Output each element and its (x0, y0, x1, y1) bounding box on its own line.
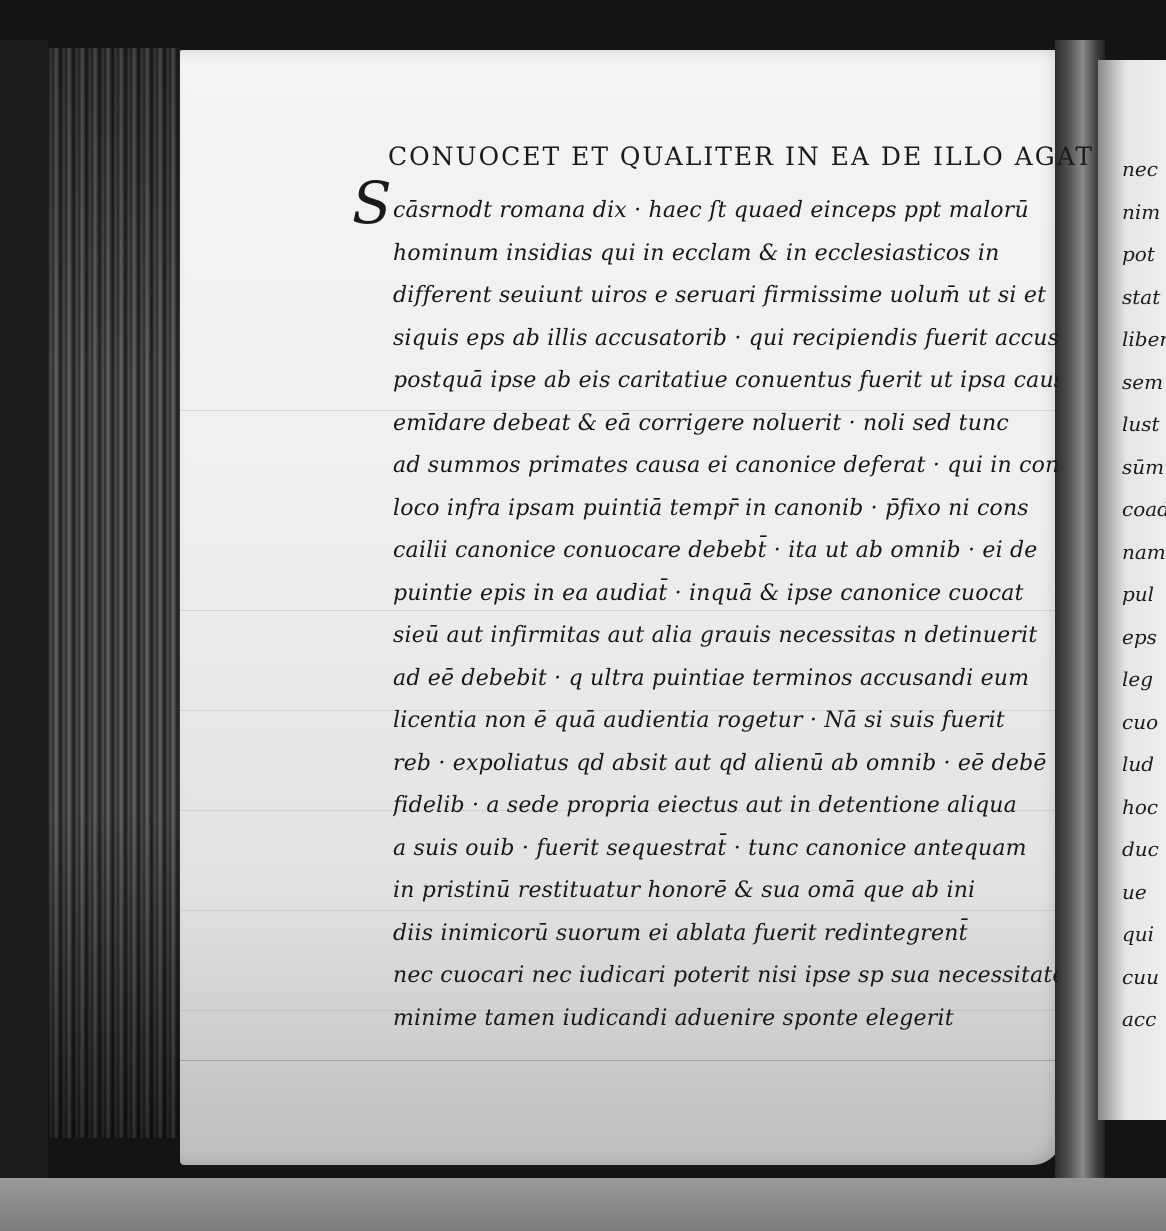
text-fragment: nam (1122, 531, 1166, 574)
text-fragment: eps (1122, 616, 1166, 659)
text-line: emīdare debeat & eā corrigere noluerit ·… (393, 403, 1058, 446)
text-fragment: coad (1122, 488, 1166, 531)
text-line: cāsrnodt romana dix · haec ſt quaed einc… (393, 190, 1058, 233)
rubric-heading: CONUOCET ET QUALITER IN EA DE ILLO AGAT (388, 142, 1028, 171)
text-fragment: cuu (1122, 956, 1166, 999)
scan-bottom-bar (0, 1178, 1166, 1231)
text-line: hominum insidias qui in ecclam & in eccl… (393, 233, 1058, 276)
manuscript-text-block: cāsrnodt romana dix · haec ſt quaed einc… (393, 190, 1058, 1040)
text-line: licentia non ē quā audientia rogetur · N… (393, 700, 1058, 743)
text-line: a suis ouib · fuerit sequestrat̄ · tunc … (393, 828, 1058, 871)
text-fragment: pul (1122, 573, 1166, 616)
text-line: nec cuocari nec iudicari poterit nisi ip… (393, 955, 1058, 998)
text-line: reb · expoliatus qd absit aut qd alienū … (393, 743, 1058, 786)
text-fragment: acc (1122, 998, 1166, 1041)
text-fragment: sem (1122, 361, 1166, 404)
text-fragment: duc (1122, 828, 1166, 871)
text-fragment: qui (1122, 913, 1166, 956)
text-line: loco infra ipsam puintiā tempr̄ in canon… (393, 488, 1058, 531)
text-fragment: cuo (1122, 701, 1166, 744)
text-fragment: hoc (1122, 786, 1166, 829)
text-fragment: pot (1122, 233, 1166, 276)
text-fragment: lust (1122, 403, 1166, 446)
text-fragment: sūm (1122, 446, 1166, 489)
text-line: different seuiunt uiros e seruari firmis… (393, 275, 1058, 318)
decorated-initial: S (352, 174, 392, 232)
text-line: cailii canonice conuocare debebt̄ · ita … (393, 530, 1058, 573)
text-fragment: nec (1122, 148, 1166, 191)
text-line: puintie epis in ea audiat̄ · inquā & ips… (393, 573, 1058, 616)
manuscript-photograph: CONUOCET ET QUALITER IN EA DE ILLO AGAT … (0, 0, 1166, 1178)
book-cover-edge (0, 40, 48, 1178)
text-fragment: stat (1122, 276, 1166, 319)
text-line: diis inimicorū suorum ei ablata fuerit r… (393, 913, 1058, 956)
text-fragment: ue (1122, 871, 1166, 914)
text-line: siquis eps ab illis accusatorib · qui re… (393, 318, 1058, 361)
text-fragment: lud (1122, 743, 1166, 786)
text-line: fidelib · a sede propria eiectus aut in … (393, 785, 1058, 828)
text-line: in pristinū restituatur honorē & sua omā… (393, 870, 1058, 913)
text-line: ad summos primates causa ei canonice def… (393, 445, 1058, 488)
text-fragment: leg (1122, 658, 1166, 701)
text-fragment: nim (1122, 191, 1166, 234)
page-block-fore-edge (48, 48, 180, 1138)
text-line: postquā ipse ab eis caritatiue conuentus… (393, 360, 1058, 403)
right-page-text-fragments: nec nim pot stat liber sem lust sūm coad… (1122, 148, 1166, 1041)
text-fragment: liber (1122, 318, 1166, 361)
text-line: ad eē debebit · q ultra puintiae termino… (393, 658, 1058, 701)
text-line: minime tamen iudicandi aduenire sponte e… (393, 998, 1058, 1041)
text-line: sieū aut infirmitas aut alia grauis nece… (393, 615, 1058, 658)
